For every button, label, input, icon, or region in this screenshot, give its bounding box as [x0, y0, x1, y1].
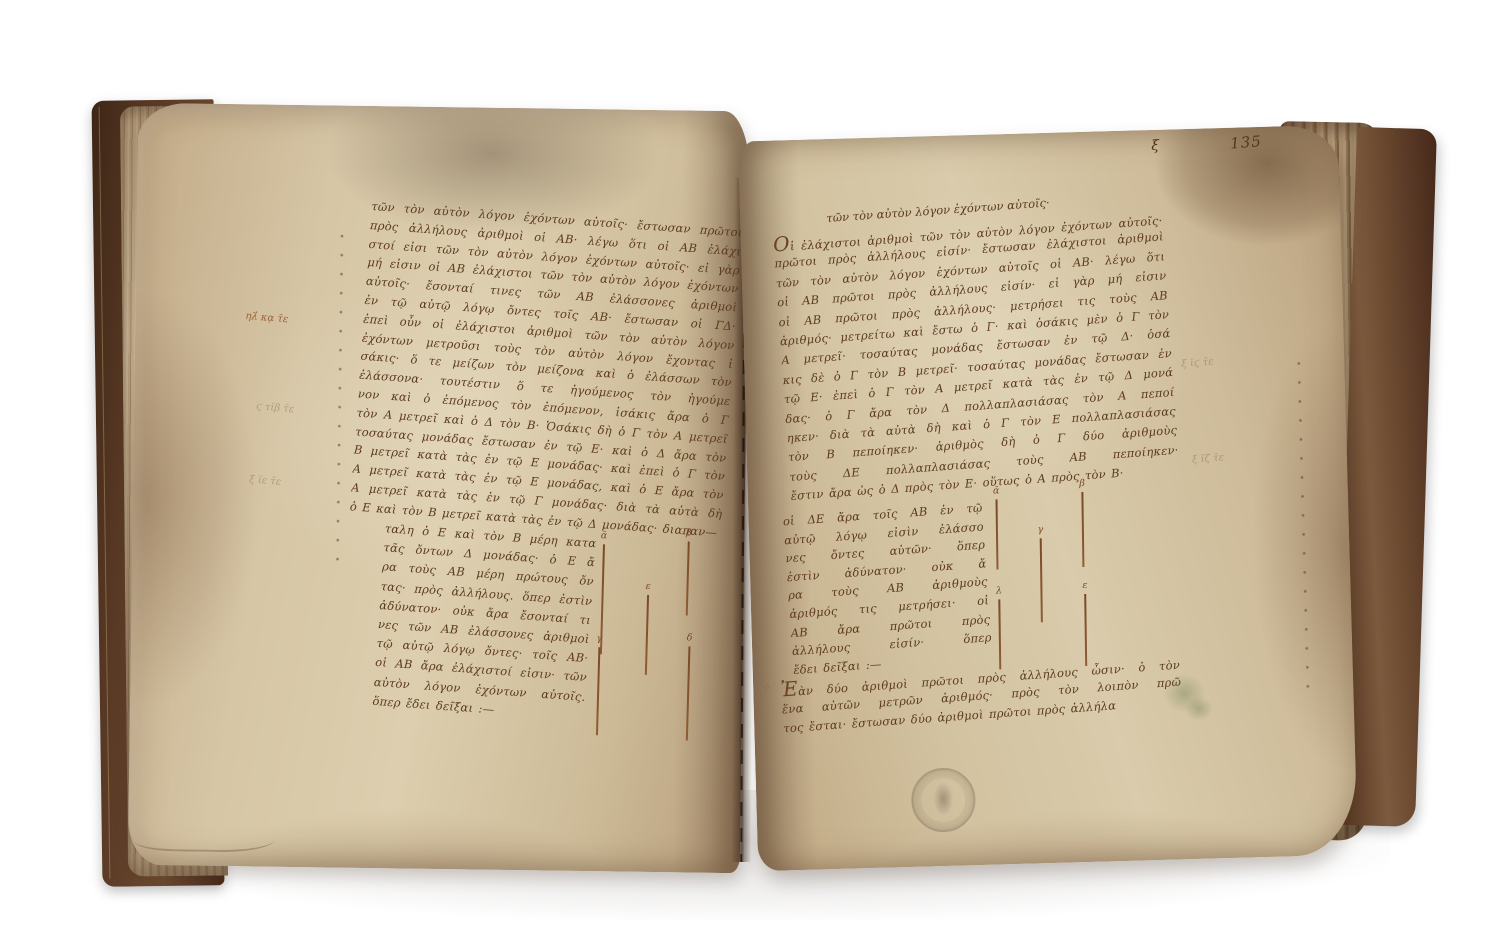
marginal-note: ϛ τϊβ τ̑ε — [256, 401, 295, 415]
marginal-note-rubric: ηλ̓ κᾳ τ̑ε — [245, 311, 289, 326]
right-text-block-narrow: οἱ ΔΕ ἄρα τοῖς ΑΒ ἐν τῷαὐτῷ λόγῳ εἰσὶν ἐ… — [782, 498, 993, 679]
left-page: ηλ̓ κᾳ τ̑ε ϛ τϊβ τ̑ε ξ ϊε τ̑ε τῶν τὸν αὐ… — [128, 103, 751, 873]
diagram-segment: β — [686, 541, 690, 615]
folio-number: 135 — [1229, 132, 1262, 152]
diagram-segment: ε — [1084, 594, 1087, 666]
segment-label: δ — [686, 632, 692, 643]
diagram-segment: ᾱ — [996, 499, 999, 569]
diagram-segment: γ — [1040, 538, 1043, 622]
marginal-note: ξ ϊε τ̑ε — [249, 474, 282, 488]
pricking-holes-column — [1296, 361, 1310, 691]
ink-smudge — [1184, 695, 1215, 722]
segment-label: β — [1079, 478, 1085, 489]
diagram-segment: δ — [686, 646, 690, 740]
diagram-segment: γ — [596, 647, 600, 735]
segment-label: ᾱ — [601, 530, 608, 541]
marginal-note: ξ ϊζ τ̑ε — [1192, 452, 1225, 466]
right-text-block-full: Οἱ ἐλάχιστοι ἀριθμοὶ τῶν τὸν αὐτὸν λόγον… — [773, 208, 1181, 506]
section-mark: ⁘ — [761, 683, 771, 694]
library-stamp — [911, 767, 977, 833]
segment-label: ε — [645, 581, 650, 592]
left-text-block-narrow: ταλη ὁ Ε καὶ τὸν Β μέρη κατατᾶς ὄντων Δ … — [372, 519, 597, 726]
segment-label: ᾱ — [993, 485, 1000, 496]
quire-mark: ξ — [1151, 138, 1159, 154]
diagram-segment: β — [1081, 492, 1084, 567]
stacked-leaf-edge — [134, 819, 274, 853]
segment-label: ε — [1082, 580, 1087, 591]
left-text-block-full: τῶν τὸν αὐτὸν λόγον ἐχόντων αὐτοῖς· ἔστω… — [349, 197, 743, 542]
diagram-segment: ε — [645, 595, 649, 675]
segment-label: γ — [1037, 524, 1043, 535]
right-page: ξ 135 ξ ϊϛ τ̑ε ξ ϊζ τ̑ε τῶν τὸν αὐτὸν λό… — [738, 125, 1358, 871]
segment-label: λ — [996, 585, 1002, 596]
pricking-holes-column — [335, 234, 345, 574]
diagram-segment: λ — [998, 599, 1001, 669]
segment-label: γ — [596, 633, 602, 644]
segment-label: β — [686, 527, 692, 538]
manuscript-photo: ηλ̓ κᾳ τ̑ε ϛ τϊβ τ̑ε ξ ϊε τ̑ε τῶν τὸν αὐ… — [0, 0, 1500, 950]
marginal-note: ξ ϊϛ τ̑ε — [1181, 356, 1214, 370]
